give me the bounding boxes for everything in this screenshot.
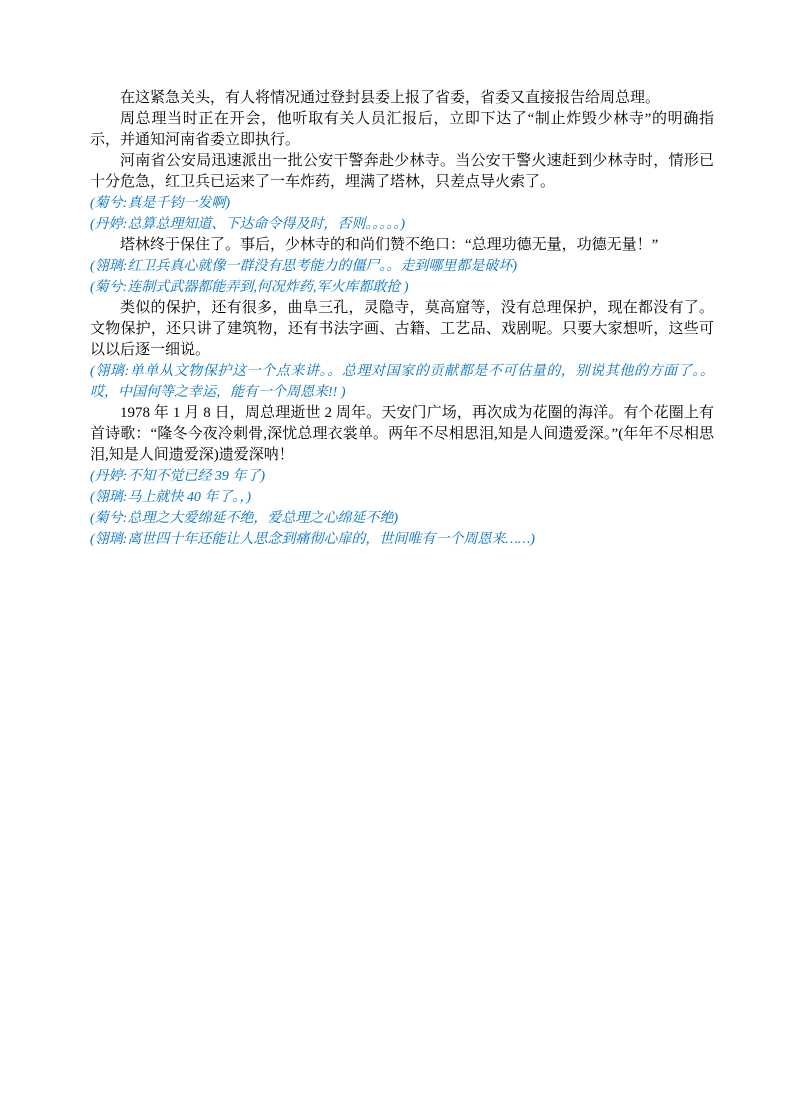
comment-line: (菊兮:真是千钧一发啊) [90, 193, 714, 214]
document-page: 在这紧急关头，有人将情况通过登封县委上报了省委，省委又直接报告给周总理。 周总理… [0, 0, 800, 1100]
paragraph: 类似的保护，还有很多，曲阜三孔，灵隐寺，莫高窟等，没有总理保护，现在都没有了。文… [90, 298, 714, 361]
paragraph: 塔林终于保住了。事后，少林寺的和尚们赞不绝口：“总理功德无量，功德无量！” [90, 235, 714, 256]
comment-line: (丹婷:不知不觉已经 39 年了) [90, 466, 714, 487]
comment-line: (菊兮:连制式武器都能弄到,何况炸药,军火库都敢抢 ) [90, 277, 714, 298]
paragraph: 周总理当时正在开会，他听取有关人员汇报后，立即下达了“制止炸毁少林寺”的明确指示… [90, 109, 714, 151]
comment-line: (翎璃:马上就快 40 年了。，) [90, 487, 714, 508]
comment-line: (菊兮:总理之大爱绵延不绝，爱总理之心绵延不绝) [90, 508, 714, 529]
comment-line: (翎璃:离世四十年还能让人思念到痛彻心扉的，世间唯有一个周恩来……) [90, 529, 714, 550]
paragraph: 1978 年 1 月 8 日，周总理逝世 2 周年。天安门广场，再次成为花圈的海… [90, 403, 714, 466]
comment-line: (翎璃:单单从文物保护这一个点来讲。。总理对国家的贡献都是不可估量的，别说其他的… [90, 361, 714, 403]
document-body: 在这紧急关头，有人将情况通过登封县委上报了省委，省委又直接报告给周总理。 周总理… [90, 88, 714, 550]
paragraph: 在这紧急关头，有人将情况通过登封县委上报了省委，省委又直接报告给周总理。 [90, 88, 714, 109]
comment-line: (丹婷:总算总理知道、下达命令得及时，否则。。。。。) [90, 214, 714, 235]
comment-line: (翎璃:红卫兵真心就像一群没有思考能力的僵尸。。走到哪里都是破坏) [90, 256, 714, 277]
paragraph: 河南省公安局迅速派出一批公安干警奔赴少林寺。当公安干警火速赶到少林寺时，情形已十… [90, 151, 714, 193]
